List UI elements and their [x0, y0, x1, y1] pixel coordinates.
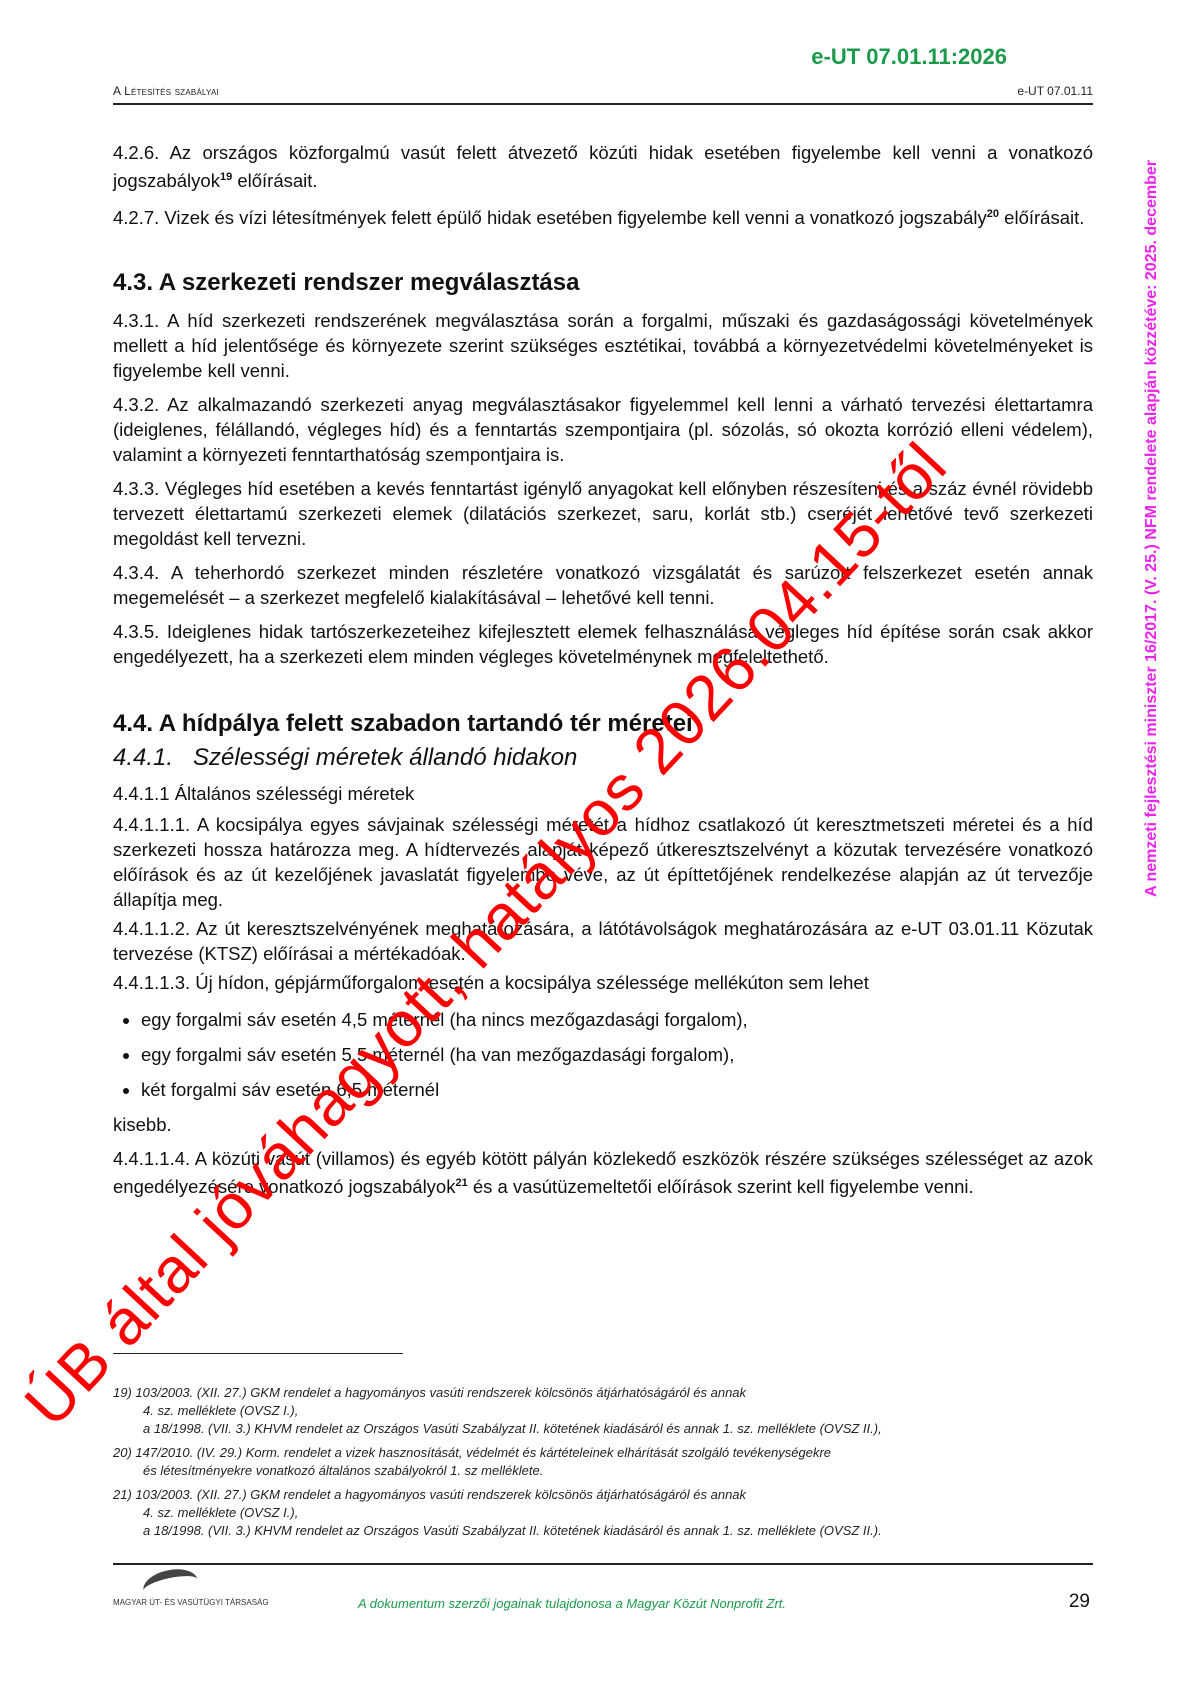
footnote-20: 20) 147/2010. (IV. 29.) Korm. rendelet a… — [113, 1444, 1093, 1480]
width-list: egy forgalmi sáv esetén 4,5 méternél (ha… — [113, 1007, 1093, 1102]
heading-4-3: 4.3. A szerkezeti rendszer megválasztása — [113, 268, 1093, 298]
chapter-title: A Létesítés szabályai — [113, 84, 219, 98]
heading-4-4-1: 4.4.1. Szélességi méretek állandó hidako… — [113, 743, 1093, 773]
footnote-line: 19) 103/2003. (XII. 27.) GKM rendelet a … — [113, 1384, 1093, 1402]
running-header: A Létesítés szabályai e-UT 07.01.11 — [113, 84, 1093, 98]
footnote-line: és létesítményekre vonatkozó általános s… — [113, 1462, 1093, 1480]
paragraph-4-3-2: 4.3.2. Az alkalmazandó szerkezeti anyag … — [113, 392, 1093, 467]
page-number: 29 — [1069, 1591, 1090, 1613]
paragraph-4-4-1-1-1: 4.4.1.1.1. A kocsipálya egyes sávjainak … — [113, 812, 1093, 912]
list-item: egy forgalmi sáv esetén 4,5 méternél (ha… — [141, 1007, 1093, 1032]
footnote-19: 19) 103/2003. (XII. 27.) GKM rendelet a … — [113, 1384, 1093, 1438]
page-body: 4.2.6. Az országos közforgalmú vasút fel… — [113, 140, 1093, 1208]
footnote-line: a 18/1998. (VII. 3.) KHVM rendelet az Or… — [113, 1420, 1093, 1438]
list-item: egy forgalmi sáv esetén 5,5 méternél (ha… — [141, 1042, 1093, 1067]
footnote-21: 21) 103/2003. (XII. 27.) GKM rendelet a … — [113, 1486, 1093, 1540]
paragraph-4-3-3: 4.3.3. Végleges híd esetében a kevés fen… — [113, 476, 1093, 551]
heading-4-4-1-1: 4.4.1.1 Általános szélességi méretek — [113, 781, 1093, 806]
doc-code: e-UT 07.01.11 — [1017, 84, 1093, 98]
paragraph-tail: előírásait. — [999, 207, 1084, 228]
footnotes: 19) 103/2003. (XII. 27.) GKM rendelet a … — [113, 1384, 1093, 1546]
footnote-ref-21[interactable]: 21 — [455, 1177, 467, 1189]
footnote-rule — [113, 1353, 403, 1354]
paragraph-text: 4.2.7. Vizek és vízi létesítmények felet… — [113, 207, 987, 228]
header-rule — [113, 103, 1093, 105]
footnote-ref-19[interactable]: 19 — [220, 171, 232, 183]
publication-side-note: A nemzeti fejlesztési miniszter 16/2017.… — [1143, 160, 1161, 1060]
paragraph-tail: előírásait. — [232, 170, 317, 191]
paragraph-4-3-1: 4.3.1. A híd szerkezeti rendszerének meg… — [113, 308, 1093, 383]
paragraph-kisebb: kisebb. — [113, 1112, 1093, 1137]
paragraph-4-2-7: 4.2.7. Vizek és vízi létesítmények felet… — [113, 202, 1093, 230]
footnote-line: 4. sz. melléklete (OVSZ I.), — [113, 1402, 1093, 1420]
logo-text: MAGYAR ÚT- ÉS VASÚTÜGYI TÁRSASÁG — [113, 1598, 269, 1607]
society-logo: MAGYAR ÚT- ÉS VASÚTÜGYI TÁRSASÁG — [113, 1568, 263, 1628]
paragraph-tail: és a vasútüzemeltetői előírások szerint … — [468, 1176, 974, 1197]
heading-4-4: 4.4. A hídpálya felett szabadon tartandó… — [113, 709, 1093, 739]
standard-code: e-UT 07.01.11:2026 — [811, 44, 1007, 70]
footer-rule — [113, 1563, 1093, 1565]
paragraph-4-4-1-1-4: 4.4.1.1.4. A közúti vasút (villamos) és … — [113, 1146, 1093, 1199]
paragraph-4-3-5: 4.3.5. Ideiglenes hidak tartószerkezetei… — [113, 619, 1093, 669]
footnote-ref-20[interactable]: 20 — [987, 208, 999, 220]
list-item: két forgalmi sáv esetén 6,5 méternél — [141, 1077, 1093, 1102]
copyright-notice: A dokumentum szerzői jogainak tulajdonos… — [358, 1596, 786, 1611]
footnote-line: 4. sz. melléklete (OVSZ I.), — [113, 1504, 1093, 1522]
footnote-line: a 18/1998. (VII. 3.) KHVM rendelet az Or… — [113, 1522, 1093, 1540]
paragraph-4-3-4: 4.3.4. A teherhordó szerkezet minden rés… — [113, 560, 1093, 610]
paragraph-4-4-1-1-2: 4.4.1.1.2. Az út keresztszelvényének meg… — [113, 916, 1093, 966]
paragraph-4-4-1-1-3: 4.4.1.1.3. Új hídon, gépjárműforgalom es… — [113, 970, 1093, 995]
footnote-line: 21) 103/2003. (XII. 27.) GKM rendelet a … — [113, 1486, 1093, 1504]
footnote-line: 20) 147/2010. (IV. 29.) Korm. rendelet a… — [113, 1444, 1093, 1462]
paragraph-4-2-6: 4.2.6. Az országos közforgalmú vasút fel… — [113, 140, 1093, 193]
